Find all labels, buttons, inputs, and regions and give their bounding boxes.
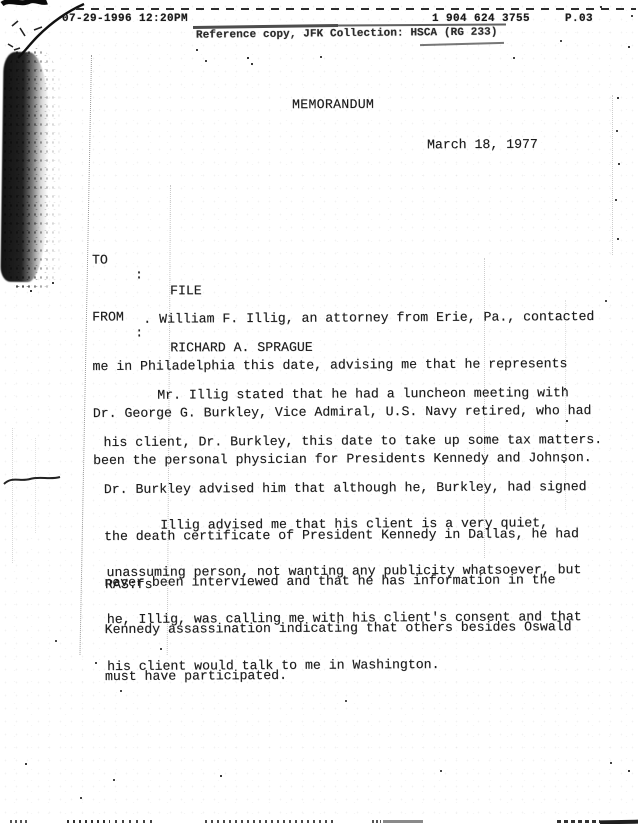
memo-line: his client would talk to me in Washingto… [107, 656, 582, 674]
scan-artifact-dashes [372, 820, 381, 823]
scanned-fax-memo-page: 07-29-1996 12:20PM 1 904 624 3755 P.03 R… [0, 0, 638, 824]
memo-line: Mr. Illig stated that he had a luncheon … [103, 385, 602, 404]
memo-line: unassuming person, not wanting any publi… [106, 562, 581, 580]
stamp-underline [420, 42, 504, 46]
memo-line: his client, Dr. Burkley, this date to ta… [103, 432, 602, 451]
scan-ink-streak [0, 52, 49, 283]
fold-line [612, 95, 613, 255]
memo-title: MEMORANDUM [292, 97, 374, 113]
memo-line: . William F. Illig, an attorney from Eri… [92, 309, 594, 328]
memo-to-row: TO : FILE [92, 236, 412, 263]
scan-artifact-dashes [600, 820, 638, 824]
scan-speckles [0, 0, 2, 2]
margin-squiggle-mark [2, 472, 64, 490]
fax-top-dashed-line [76, 8, 636, 10]
memo-date: March 18, 1977 [427, 137, 538, 153]
scan-artifact-dashes [205, 820, 336, 823]
fax-page-number: P.03 [565, 13, 593, 25]
scan-artifact-dashes [557, 820, 600, 823]
fax-datetime: 07-29-1996 12:20PM [62, 13, 188, 25]
fold-line [79, 55, 92, 655]
scan-artifact-dashes [383, 820, 423, 823]
to-label: TO [92, 252, 108, 268]
scan-artifact-dashes [115, 820, 153, 823]
reference-initials: RAS:fs [105, 577, 153, 593]
memo-line: Illig advised me that his client is a ve… [106, 515, 581, 533]
scan-artifact-dashes [10, 820, 30, 823]
scan-artifact-dashes [67, 820, 110, 823]
memo-line: he, Illig, was calling me with his clien… [107, 609, 582, 627]
fold-line [12, 428, 13, 563]
archive-reference-stamp: Reference copy, JFK Collection: HSCA (RG… [196, 26, 516, 41]
memo-paragraph-3: Illig advised me that his client is a ve… [106, 484, 582, 705]
